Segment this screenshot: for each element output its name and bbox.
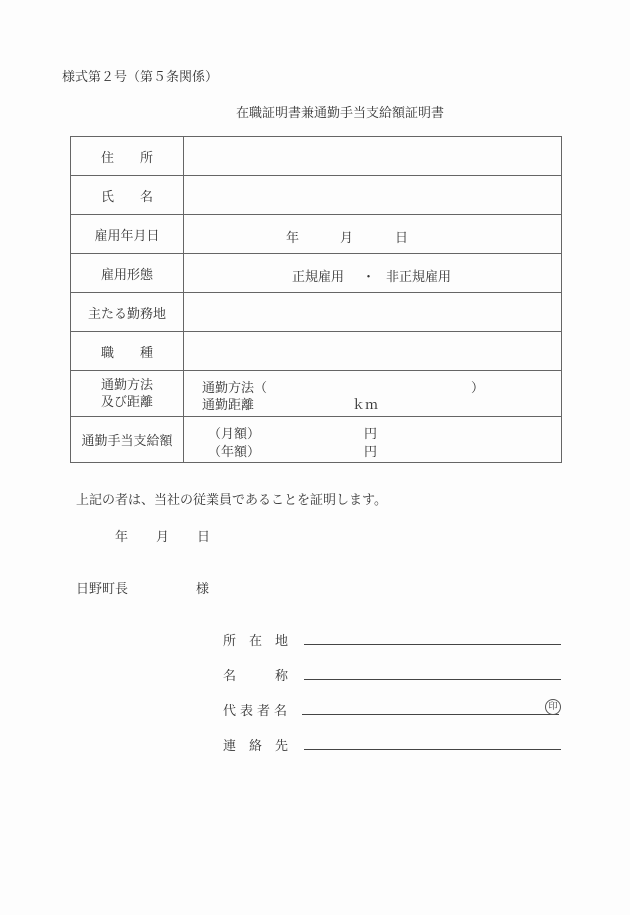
employment-type-field: 正規雇用 ・ 非正規雇用 (184, 254, 562, 293)
representative-label: 代表者名 (223, 700, 291, 719)
address-label: 住 所 (71, 137, 184, 176)
month-unit: 月 (340, 227, 353, 246)
company-name-line[interactable] (304, 679, 561, 680)
certification-statement: 上記の者は、当社の従業員であることを証明します。 (76, 489, 387, 508)
employment-type-label: 雇用形態 (71, 254, 184, 293)
workplace-label: 主たる勤務地 (71, 293, 184, 332)
address-field[interactable] (184, 137, 562, 176)
option-nonregular[interactable]: 非正規雇用 (386, 266, 451, 285)
table-row-allowance: 通勤手当支給額 （月額） 円 （年額） 円 (71, 417, 562, 463)
issue-year-unit: 年 (115, 526, 128, 545)
table-row-name: 氏 名 (71, 176, 562, 215)
company-address-line[interactable] (304, 644, 561, 645)
addressee-name: 日野町長 (76, 578, 128, 597)
document-title: 在職証明書兼通勤手当支給額証明書 (236, 102, 444, 121)
year-unit: 年 (286, 227, 299, 246)
representative-line[interactable] (302, 714, 559, 715)
day-unit: 日 (395, 227, 408, 246)
employment-date-label: 雇用年月日 (71, 215, 184, 254)
commute-distance-unit: ｋｍ (352, 394, 378, 413)
allowance-label: 通勤手当支給額 (71, 417, 184, 463)
occupation-field[interactable] (184, 332, 562, 371)
occupation-label: 職 種 (71, 332, 184, 371)
workplace-field[interactable] (184, 293, 562, 332)
commute-distance-label: 通勤距離 (202, 394, 254, 413)
issue-month-unit: 月 (156, 526, 169, 545)
issue-day-unit: 日 (197, 526, 210, 545)
commute-label-line1: 通勤方法 (71, 377, 183, 394)
addressee-honorific: 様 (196, 578, 209, 597)
company-name-label: 名 称 (223, 665, 288, 684)
monthly-label: （月額） (208, 423, 260, 442)
name-label: 氏 名 (71, 176, 184, 215)
option-regular[interactable]: 正規雇用 (292, 266, 344, 285)
commute-label-line2: 及び距離 (71, 394, 183, 411)
table-row-workplace: 主たる勤務地 (71, 293, 562, 332)
company-address-label: 所 在 地 (223, 630, 288, 649)
table-row-address: 住 所 (71, 137, 562, 176)
option-separator: ・ (362, 266, 375, 285)
certificate-table: 住 所 氏 名 雇用年月日 年 月 日 雇用形態 正規雇用 ・ 非正規雇用 主た… (70, 136, 562, 463)
commute-label: 通勤方法 及び距離 (71, 371, 184, 417)
contact-label: 連 絡 先 (223, 735, 288, 754)
annual-unit: 円 (364, 441, 377, 460)
allowance-field[interactable]: （月額） 円 （年額） 円 (184, 417, 562, 463)
table-row-employment-date: 雇用年月日 年 月 日 (71, 215, 562, 254)
commute-method-close: ） (471, 377, 484, 396)
table-row-occupation: 職 種 (71, 332, 562, 371)
employment-date-field[interactable]: 年 月 日 (184, 215, 562, 254)
commute-field[interactable]: 通勤方法（ ） 通勤距離 ｋｍ (184, 371, 562, 417)
annual-label: （年額） (208, 441, 260, 460)
table-row-commute: 通勤方法 及び距離 通勤方法（ ） 通勤距離 ｋｍ (71, 371, 562, 417)
monthly-unit: 円 (364, 423, 377, 442)
contact-line[interactable] (304, 749, 561, 750)
seal-icon: 印 (545, 699, 561, 715)
name-field[interactable] (184, 176, 562, 215)
form-number: 様式第２号（第５条関係） (62, 66, 218, 85)
table-row-employment-type: 雇用形態 正規雇用 ・ 非正規雇用 (71, 254, 562, 293)
